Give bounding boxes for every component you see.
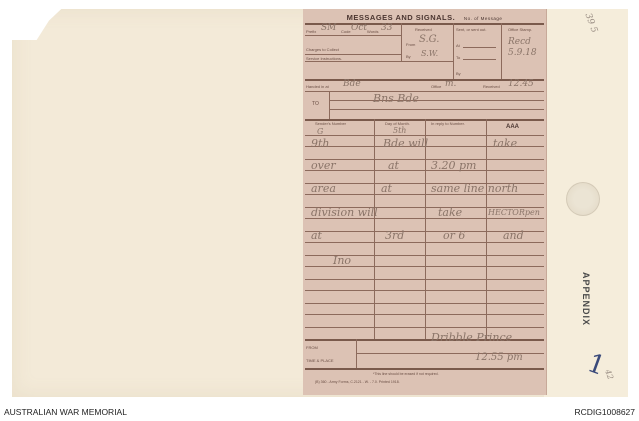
rule bbox=[305, 279, 544, 280]
from-value: Dribble Prince bbox=[431, 331, 512, 344]
divider bbox=[401, 23, 402, 61]
divider bbox=[374, 119, 375, 339]
embossed-seal bbox=[566, 182, 600, 216]
message-word: at bbox=[388, 159, 399, 172]
by2-label: By bbox=[456, 71, 461, 76]
divider bbox=[305, 135, 544, 136]
charges-label: Charges to Collect bbox=[306, 47, 339, 52]
message-word: 3rd bbox=[385, 229, 404, 242]
senders-number-label: Sender's Number bbox=[315, 121, 346, 126]
words-label: Words bbox=[367, 29, 378, 34]
divider bbox=[453, 23, 454, 79]
message-word: take bbox=[438, 206, 462, 219]
received-from-value: S.G. bbox=[419, 34, 439, 45]
from-label: From bbox=[406, 42, 415, 47]
divider bbox=[501, 23, 502, 79]
to-label-small: To bbox=[456, 55, 460, 60]
message-form: MESSAGES AND SIGNALS. No. of Message Pre… bbox=[303, 9, 547, 395]
words-value: 33 bbox=[381, 23, 392, 33]
sent-label: Sent, or sent out. bbox=[456, 27, 486, 32]
divider bbox=[463, 59, 496, 60]
in-reply-to-label: In reply to Number. bbox=[431, 121, 465, 126]
form-title: MESSAGES AND SIGNALS. No. of Message bbox=[303, 13, 546, 22]
code-value: Oct bbox=[351, 23, 367, 33]
message-word: area bbox=[311, 182, 336, 195]
rule bbox=[305, 242, 544, 243]
divider bbox=[305, 23, 544, 25]
message-word: 3.20 pm bbox=[431, 159, 476, 172]
rule bbox=[305, 327, 544, 328]
to-value: Bns Bde bbox=[373, 92, 419, 105]
divider bbox=[305, 91, 544, 92]
message-word: Ino bbox=[333, 254, 351, 267]
time-place-label: TIME & PLACE bbox=[306, 358, 334, 363]
record-id: RCDIG1008627 bbox=[575, 407, 635, 417]
message-word: same line north bbox=[431, 182, 518, 195]
form-no-label: No. of Message bbox=[464, 16, 503, 21]
message-word: take bbox=[493, 137, 517, 150]
printer-line: (B) 360 - Army Forms, C.2121 - W. - 7.0.… bbox=[315, 380, 400, 384]
rule bbox=[305, 290, 544, 291]
message-word: and bbox=[503, 229, 524, 242]
received-label: Received bbox=[415, 27, 432, 32]
message-word: over bbox=[311, 159, 336, 172]
message-word: at bbox=[381, 182, 392, 195]
divider bbox=[305, 368, 544, 370]
received2-label: Received bbox=[483, 84, 500, 89]
divider bbox=[305, 35, 401, 36]
office-stamp-value: Recd 5.9.18 bbox=[508, 37, 538, 59]
message-word: division will bbox=[311, 206, 378, 219]
aaa-marker: AAA bbox=[506, 124, 519, 130]
day-of-month-value: 5th bbox=[393, 126, 406, 135]
divider bbox=[329, 91, 330, 119]
divider bbox=[356, 339, 357, 369]
divider bbox=[329, 100, 544, 101]
received2-value: 12.45 bbox=[508, 79, 534, 89]
from-label: FROM bbox=[306, 345, 318, 350]
rule bbox=[305, 314, 544, 315]
divider bbox=[463, 47, 496, 48]
office-stamp-label: Office Stamp. bbox=[508, 27, 532, 32]
handed-in-value: Bde bbox=[343, 79, 361, 89]
code-label: Code bbox=[341, 29, 351, 34]
divider bbox=[305, 61, 453, 62]
institution-caption: AUSTRALIAN WAR MEMORIAL bbox=[4, 407, 127, 417]
divider bbox=[486, 119, 487, 339]
footnote: *This line should be erased if not requi… bbox=[373, 372, 439, 376]
prefix-label: Prefix bbox=[306, 29, 316, 34]
message-word: at bbox=[311, 229, 322, 242]
rule bbox=[305, 170, 544, 171]
message-word: or 6 bbox=[443, 229, 465, 242]
divider bbox=[425, 119, 426, 339]
office-value: m. bbox=[445, 79, 456, 89]
office-label: Office bbox=[431, 84, 441, 89]
prefix-value: SM bbox=[321, 23, 336, 33]
time-value: 12.55 pm bbox=[475, 352, 523, 363]
rule bbox=[305, 303, 544, 304]
by-label: By bbox=[406, 54, 411, 59]
divider bbox=[329, 109, 544, 110]
divider bbox=[305, 54, 401, 55]
to-label: TO bbox=[312, 101, 319, 107]
handed-in-label: Handed in at bbox=[306, 84, 329, 89]
message-word: Bde will bbox=[383, 137, 428, 150]
rule bbox=[305, 159, 544, 160]
at-label: At bbox=[456, 43, 460, 48]
message-word: HECTORpen bbox=[488, 208, 540, 217]
by-value: S.W. bbox=[421, 49, 438, 58]
message-word: 9th bbox=[311, 137, 330, 150]
